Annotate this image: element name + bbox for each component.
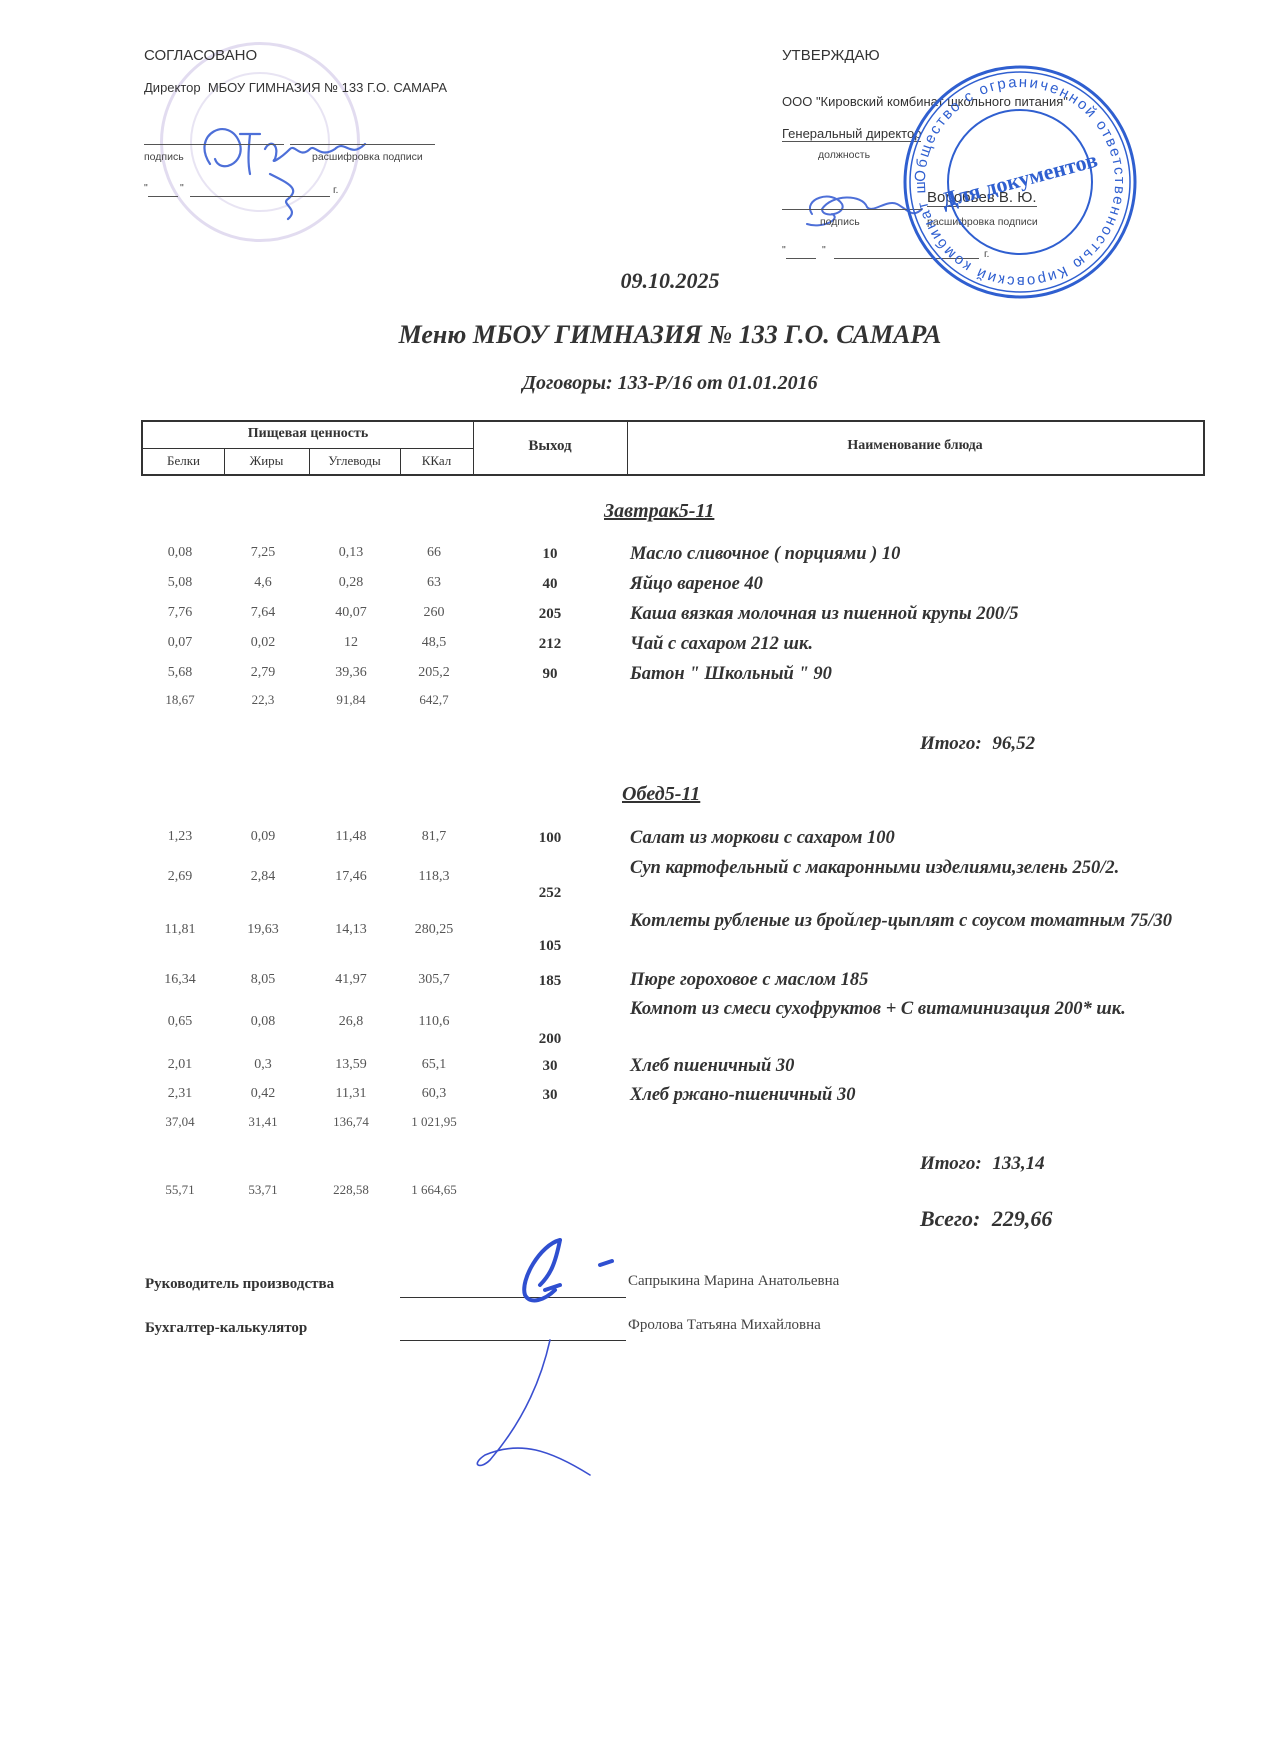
cell-fats: 0,09 bbox=[223, 829, 303, 845]
cell-dish-name: Батон " Школьный " 90 bbox=[630, 663, 1190, 685]
sum-proteins: 37,04 bbox=[140, 1114, 220, 1130]
decode-label-left: расшифровка подписи bbox=[312, 151, 423, 163]
header-dish-name: Наименование блюда bbox=[627, 438, 1203, 454]
cell-carbs: 40,07 bbox=[311, 605, 391, 621]
production-head-label: Руководитель производства bbox=[145, 1276, 334, 1293]
cell-yield: 205 bbox=[520, 606, 580, 623]
cell-fats: 7,64 bbox=[223, 605, 303, 621]
accountant-label: Бухгалтер-калькулятор bbox=[145, 1320, 307, 1337]
cell-yield: 30 bbox=[520, 1058, 580, 1075]
cell-carbs: 17,46 bbox=[311, 869, 391, 885]
breakfast-total-value: 96,52 bbox=[992, 733, 1035, 754]
sum-fats: 22,3 bbox=[223, 692, 303, 708]
cell-yield: 90 bbox=[520, 666, 580, 683]
approval-left-block: СОГЛАСОВАНО Директор МБОУ ГИМНАЗИЯ № 133… bbox=[140, 44, 540, 244]
lunch-total: Итого: 133,14 bbox=[920, 1153, 1045, 1175]
cell-yield: 40 bbox=[520, 576, 580, 593]
cell-kcal: 63 bbox=[394, 575, 474, 591]
cell-proteins: 2,01 bbox=[140, 1057, 220, 1073]
header-nutrition-group: Пищевая ценность bbox=[143, 426, 473, 442]
header-proteins: Белки bbox=[143, 453, 224, 469]
cell-carbs: 0,13 bbox=[311, 545, 391, 561]
cell-yield: 30 bbox=[520, 1087, 580, 1104]
date-quote-close-left: " bbox=[180, 182, 184, 194]
cell-proteins: 0,07 bbox=[140, 635, 220, 651]
date-quote-open-left: " bbox=[144, 182, 148, 194]
menu-date: 09.10.2025 bbox=[0, 268, 1264, 294]
cell-dish-name: Котлеты рубленые из бройлер-цыплят с соу… bbox=[630, 910, 1190, 932]
cell-proteins: 2,69 bbox=[140, 869, 220, 885]
grand-total-value: 229,66 bbox=[992, 1206, 1053, 1231]
cell-dish-name: Пюре гороховое с маслом 185 bbox=[630, 969, 1190, 991]
cell-fats: 4,6 bbox=[223, 575, 303, 591]
grand-total-label: Всего: bbox=[920, 1206, 980, 1231]
cell-kcal: 60,3 bbox=[394, 1086, 474, 1102]
cell-carbs: 41,97 bbox=[311, 972, 391, 988]
cell-proteins: 7,76 bbox=[140, 605, 220, 621]
production-head-name: Сапрыкина Марина Анатольевна bbox=[628, 1273, 839, 1290]
cell-carbs: 11,48 bbox=[311, 829, 391, 845]
cell-yield: 212 bbox=[520, 636, 580, 653]
cell-kcal: 118,3 bbox=[394, 869, 474, 885]
signature-label-right: подпись bbox=[820, 216, 860, 228]
signature-line-left bbox=[144, 144, 284, 145]
cell-kcal: 66 bbox=[394, 545, 474, 561]
position-label-right: должность bbox=[818, 149, 870, 161]
director-signature bbox=[170, 104, 390, 224]
cell-kcal: 110,6 bbox=[394, 1014, 474, 1030]
breakfast-total: Итого: 96,52 bbox=[920, 733, 1035, 755]
cell-yield: 10 bbox=[520, 546, 580, 563]
cell-proteins: 5,68 bbox=[140, 665, 220, 681]
grand-total-proteins: 55,71 bbox=[140, 1182, 220, 1198]
company-stamp: Общество с ограниченной ответственностью… bbox=[900, 62, 1140, 302]
grand-total-fats: 53,71 bbox=[223, 1182, 303, 1198]
approval-left-position: Директор МБОУ ГИМНАЗИЯ № 133 Г.О. САМАРА bbox=[144, 80, 447, 95]
cell-yield: 200 bbox=[520, 1031, 580, 1048]
cell-yield: 252 bbox=[520, 885, 580, 902]
lunch-total-label: Итого: bbox=[920, 1153, 982, 1174]
section-title-lunch: Обед5-11 bbox=[622, 783, 700, 806]
section-title-breakfast: Завтрак5-11 bbox=[604, 500, 714, 523]
approval-right-title: УТВЕРЖДАЮ bbox=[782, 47, 880, 64]
menu-title: Меню МБОУ ГИМНАЗИЯ № 133 Г.О. САМАРА bbox=[0, 320, 1264, 350]
accountant-signature bbox=[440, 1335, 640, 1495]
cell-carbs: 12 bbox=[311, 635, 391, 651]
cell-kcal: 305,7 bbox=[394, 972, 474, 988]
grand-total-carbs: 228,58 bbox=[311, 1182, 391, 1198]
accountant-name: Фролова Татьяна Михайловна bbox=[628, 1317, 821, 1334]
cell-kcal: 65,1 bbox=[394, 1057, 474, 1073]
date-quote-close-right: " bbox=[822, 244, 826, 256]
cell-proteins: 0,65 bbox=[140, 1014, 220, 1030]
sum-carbs: 91,84 bbox=[311, 692, 391, 708]
cell-dish-name: Салат из моркови с сахаром 100 bbox=[630, 827, 1190, 849]
decode-line-left bbox=[290, 144, 435, 145]
cell-carbs: 11,31 bbox=[311, 1086, 391, 1102]
cell-fats: 0,02 bbox=[223, 635, 303, 651]
cell-fats: 0,08 bbox=[223, 1014, 303, 1030]
cell-carbs: 39,36 bbox=[311, 665, 391, 681]
grand-total: Всего: 229,66 bbox=[920, 1206, 1052, 1232]
cell-carbs: 13,59 bbox=[311, 1057, 391, 1073]
cell-dish-name: Чай с сахаром 212 шк. bbox=[630, 633, 1190, 655]
cell-dish-name: Хлеб пшеничный 30 bbox=[630, 1055, 1190, 1077]
cell-proteins: 5,08 bbox=[140, 575, 220, 591]
cell-fats: 19,63 bbox=[223, 922, 303, 938]
date-quote-open-right: " bbox=[782, 244, 786, 256]
header-fats: Жиры bbox=[224, 453, 309, 469]
cell-kcal: 280,25 bbox=[394, 922, 474, 938]
cell-proteins: 16,34 bbox=[140, 972, 220, 988]
sum-fats: 31,41 bbox=[223, 1114, 303, 1130]
cell-fats: 7,25 bbox=[223, 545, 303, 561]
date-day-line-right bbox=[786, 258, 816, 259]
sum-kcal: 1 021,95 bbox=[394, 1114, 474, 1130]
cell-kcal: 260 bbox=[394, 605, 474, 621]
cell-yield: 100 bbox=[520, 830, 580, 847]
grand-total-kcal: 1 664,65 bbox=[394, 1182, 474, 1198]
cell-fats: 2,79 bbox=[223, 665, 303, 681]
cell-yield: 105 bbox=[520, 938, 580, 955]
cell-dish-name: Хлеб ржано-пшеничный 30 bbox=[630, 1084, 1190, 1106]
cell-fats: 2,84 bbox=[223, 869, 303, 885]
header-kcal: ККал bbox=[400, 453, 473, 469]
cell-dish-name: Компот из смеси сухофруктов + С витамини… bbox=[630, 998, 1190, 1020]
sum-proteins: 18,67 bbox=[140, 692, 220, 708]
cell-dish-name: Яйцо вареное 40 bbox=[630, 573, 1190, 595]
breakfast-total-label: Итого: bbox=[920, 733, 982, 754]
cell-fats: 0,42 bbox=[223, 1086, 303, 1102]
cell-proteins: 2,31 bbox=[140, 1086, 220, 1102]
cell-dish-name: Масло сливочное ( порциями ) 10 bbox=[630, 543, 1190, 565]
production-head-signature bbox=[500, 1235, 630, 1315]
cell-fats: 8,05 bbox=[223, 972, 303, 988]
header-yield: Выход bbox=[473, 438, 627, 455]
cell-fats: 0,3 bbox=[223, 1057, 303, 1073]
date-month-line-left bbox=[190, 196, 330, 197]
date-day-line-left bbox=[148, 196, 178, 197]
cell-kcal: 48,5 bbox=[394, 635, 474, 651]
sum-kcal: 642,7 bbox=[394, 692, 474, 708]
cell-kcal: 81,7 bbox=[394, 829, 474, 845]
sum-carbs: 136,74 bbox=[311, 1114, 391, 1130]
lunch-total-value: 133,14 bbox=[992, 1153, 1044, 1174]
contracts-line: Договоры: 133-Р/16 от 01.01.2016 bbox=[0, 372, 1264, 395]
cell-dish-name: Каша вязкая молочная из пшенной крупы 20… bbox=[630, 603, 1190, 625]
header-carbs: Углеводы bbox=[309, 453, 400, 469]
year-suffix-left: г. bbox=[333, 184, 338, 196]
cell-proteins: 0,08 bbox=[140, 545, 220, 561]
approval-left-title: СОГЛАСОВАНО bbox=[144, 47, 257, 64]
company-stamp-center-text: Для документов bbox=[939, 147, 1100, 213]
cell-yield: 185 bbox=[520, 973, 580, 990]
table-header: Пищевая ценность Белки Жиры Углеводы ККа… bbox=[141, 420, 1205, 476]
cell-carbs: 14,13 bbox=[311, 922, 391, 938]
cell-carbs: 26,8 bbox=[311, 1014, 391, 1030]
cell-kcal: 205,2 bbox=[394, 665, 474, 681]
cell-dish-name: Суп картофельный с макаронными изделиями… bbox=[630, 857, 1190, 879]
cell-proteins: 11,81 bbox=[140, 922, 220, 938]
cell-proteins: 1,23 bbox=[140, 829, 220, 845]
cell-carbs: 0,28 bbox=[311, 575, 391, 591]
signature-label-left: подпись bbox=[144, 151, 184, 163]
